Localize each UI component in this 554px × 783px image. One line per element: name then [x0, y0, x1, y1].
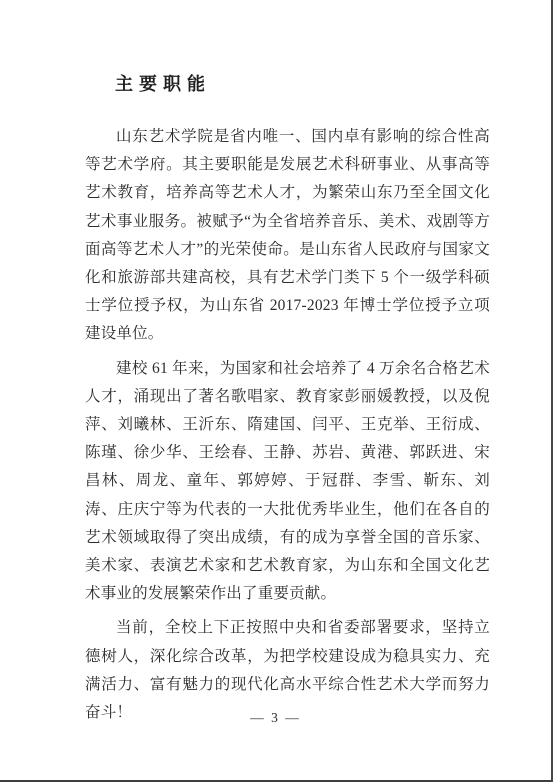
paragraph-overview: 山东艺术学院是省内唯一、国内卓有影响的综合性高等艺术学府。其主要职能是发展艺术科…	[85, 123, 490, 349]
paragraph-alumni: 建校 61 年来，为国家和社会培养了 4 万余名合格艺术人才，涌现出了著名歌唱家…	[85, 355, 490, 609]
page-title: 主要职能	[115, 72, 490, 96]
document-page: 主要职能 山东艺术学院是省内唯一、国内卓有影响的综合性高等艺术学府。其主要职能是…	[0, 0, 553, 782]
page-content: 主要职能 山东艺术学院是省内唯一、国内卓有影响的综合性高等艺术学府。其主要职能是…	[85, 0, 490, 727]
page-number: — 3 —	[0, 710, 551, 726]
document-viewport: 主要职能 山东艺术学院是省内唯一、国内卓有影响的综合性高等艺术学府。其主要职能是…	[0, 0, 554, 783]
